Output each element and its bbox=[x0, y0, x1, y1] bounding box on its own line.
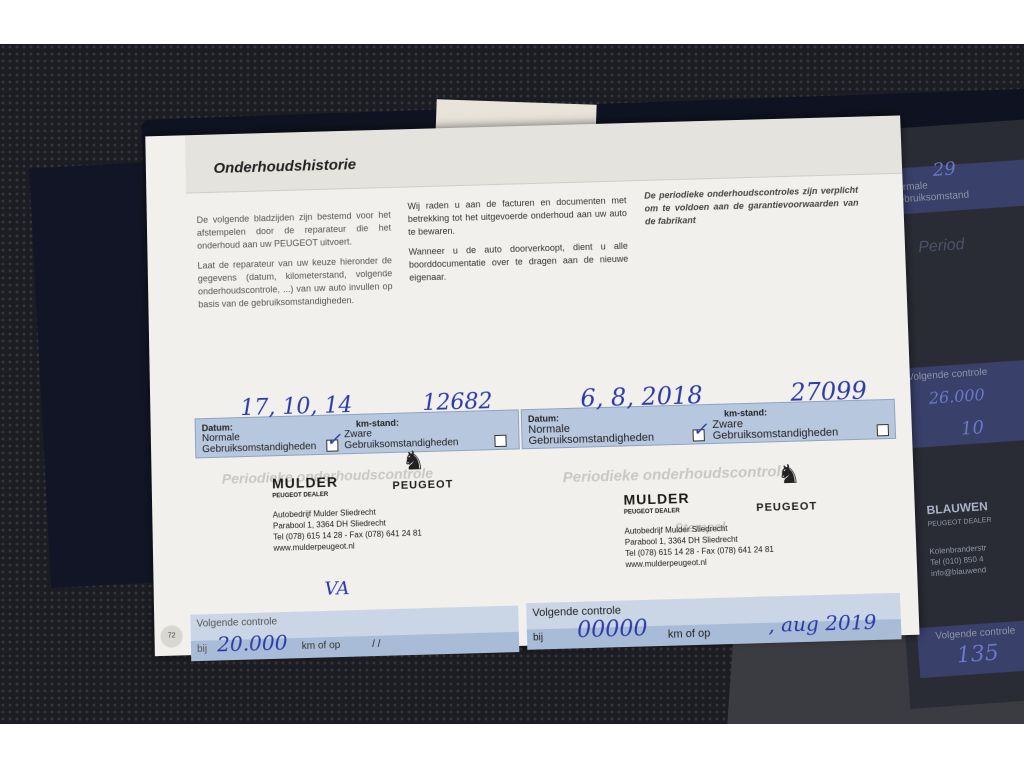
right-date2: 10 bbox=[960, 417, 984, 440]
intro-paragraph: Wij raden u aan de facturen en documente… bbox=[407, 194, 627, 239]
normal-label-2: Gebruiksomstandigheden bbox=[202, 441, 316, 455]
heavy-label-2: Gebruiksomstandigheden bbox=[713, 426, 839, 442]
warranty-note: De periodieke onderhoudscontroles zijn v… bbox=[644, 184, 859, 229]
handwritten-next-km: 00000 bbox=[577, 616, 648, 643]
at-label: bij bbox=[533, 632, 543, 643]
dealer-stamp-2: MULDER PEUGEOT DEALER Autobedrijf Mulder… bbox=[623, 488, 774, 571]
at-label: bij bbox=[197, 644, 207, 655]
right-dealer-sub: PEUGEOT DEALER bbox=[927, 517, 991, 528]
next-control-label: Volgende controle bbox=[196, 616, 277, 629]
peugeot-brand: PEUGEOT bbox=[392, 478, 453, 492]
km-label: km-stand: bbox=[724, 407, 767, 418]
intro-paragraph: Laat de reparateur van uw keuze hieronde… bbox=[197, 254, 393, 311]
km-or-on-label: km of op bbox=[302, 640, 341, 652]
dealer-name: MULDER bbox=[623, 488, 772, 508]
handwritten-km: 27099 bbox=[790, 377, 867, 407]
photo-background: 29 Normale Gebruiksomstand Period Volgen… bbox=[0, 44, 1024, 724]
right-dealer: BLAUWEN bbox=[926, 499, 988, 517]
right-next-km: 26.000 bbox=[928, 385, 985, 408]
heavy-checkbox[interactable] bbox=[494, 435, 506, 447]
intro-column-3: De periodieke onderhoudscontroles zijn v… bbox=[644, 184, 859, 236]
handwritten-km: 12682 bbox=[422, 389, 493, 416]
intro-paragraph: De volgende bladzijden zijn bestemd voor… bbox=[197, 209, 392, 253]
peugeot-lion-icon: ♞ bbox=[777, 459, 801, 491]
intro-column-1: De volgende bladzijden zijn bestemd voor… bbox=[197, 209, 394, 319]
signature: VA bbox=[324, 578, 349, 600]
normal-label-2: Gebruiksomstandigheden bbox=[528, 432, 654, 448]
check-mark: ✓ bbox=[326, 429, 342, 450]
check-mark: ✓ bbox=[692, 419, 708, 440]
handwritten-date: 6, 8, 2018 bbox=[580, 381, 703, 412]
next-control-band-1: Volgende controle bij km of op 20.000 / … bbox=[190, 605, 519, 661]
entry-band-2: Datum: km-stand: Normale Gebruiksomstand… bbox=[521, 399, 896, 449]
handwritten-next-km: 20.000 bbox=[217, 630, 288, 656]
intro-column-2: Wij raden u aan de facturen en documente… bbox=[407, 194, 629, 291]
right-section: Period bbox=[918, 236, 965, 257]
handwritten-date: 17, 10, 14 bbox=[240, 393, 353, 421]
next-date: / / bbox=[372, 639, 381, 650]
right-next-km2: 135 bbox=[956, 641, 1000, 669]
right-date: 29 bbox=[932, 158, 956, 181]
booklet-page: Onderhoudshistorie De volgende bladzijde… bbox=[145, 115, 919, 656]
km-or-on-label: km of op bbox=[668, 627, 711, 640]
heavy-label: Zware bbox=[344, 428, 372, 440]
handwritten-next-date: , aug 2019 bbox=[768, 610, 877, 637]
right-addr-2: info@blauwend bbox=[931, 565, 987, 578]
intro-paragraph: Wanneer u de auto doorverkoopt, dient u … bbox=[409, 240, 629, 285]
heavy-checkbox[interactable] bbox=[877, 424, 889, 436]
section-header-2: Periodieke onderhoudscontrole bbox=[562, 463, 789, 486]
km-label: km-stand: bbox=[356, 418, 399, 429]
peugeot-lion-icon: ♞ bbox=[401, 445, 425, 477]
page-number: 72 bbox=[160, 625, 183, 648]
peugeot-brand: PEUGEOT bbox=[756, 500, 817, 514]
